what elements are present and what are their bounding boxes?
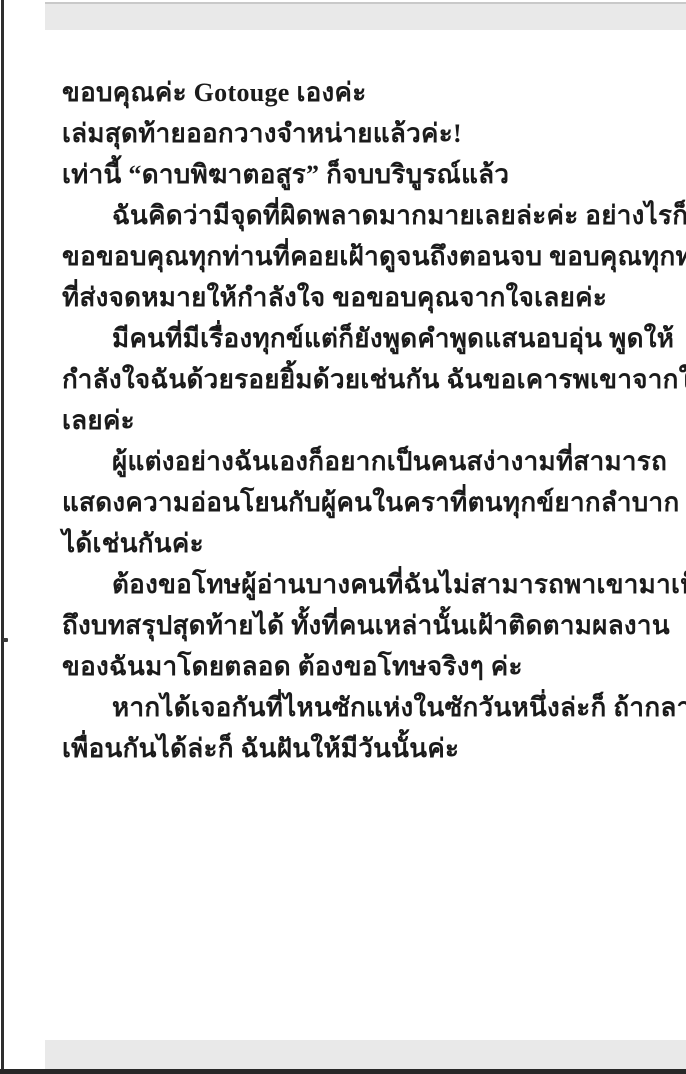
scanned-afterword-page: ขอบคุณค่ะ Gotouge เองค่ะ เล่มสุดท้ายออกว… [0, 0, 686, 1074]
paragraph-2-line-3: เลยค่ะ [62, 400, 628, 441]
paragraph-2-line-1: มีคนที่มีเรื่องทุกข์แต่ก็ยังพูดคำพูดแสนอ… [62, 318, 628, 359]
opening-line-3: เท่านี้ “ดาบพิฆาตอสูร” ก็จบบริบูรณ์แล้ว [62, 154, 628, 195]
paragraph-3-line-3: ได้เช่นกันค่ะ [62, 523, 628, 564]
paragraph-4-line-3: ของฉันมาโดยตลอด ต้องขอโทษจริงๆ ค่ะ [62, 646, 628, 687]
paragraph-1-line-3: ที่ส่งจดหมายให้กำลังใจ ขอขอบคุณจากใจเลยค… [62, 277, 628, 318]
bottom-page-edge-line [0, 1069, 686, 1074]
paragraph-4-line-2: ถึงบทสรุปสุดท้ายได้ ทั้งที่คนเหล่านั้นเฝ… [62, 605, 628, 646]
paragraph-3-line-1: ผู้แต่งอย่างฉันเองก็อยากเป็นคนสง่างามที่… [62, 441, 628, 482]
left-page-edge-tick [3, 638, 8, 642]
paragraph-5-line-1: หากได้เจอกันที่ไหนซักแห่งในซักวันหนึ่งล่… [62, 687, 628, 728]
paragraph-4-line-1: ต้องขอโทษผู้อ่านบางคนที่ฉันไม่สามารถพาเข… [62, 564, 628, 605]
afterword-text-block: ขอบคุณค่ะ Gotouge เองค่ะ เล่มสุดท้ายออกว… [62, 72, 628, 769]
paragraph-2-line-2: กำลังใจฉันด้วยรอยยิ้มด้วยเช่นกัน ฉันขอเค… [62, 359, 628, 400]
top-scan-band [45, 2, 686, 30]
opening-line-1: ขอบคุณค่ะ Gotouge เองค่ะ [62, 72, 628, 113]
left-page-edge-line [1, 0, 4, 1074]
paragraph-5-line-2: เพื่อนกันได้ล่ะก็ ฉันฝันให้มีวันนั้นค่ะ [62, 728, 628, 769]
opening-line-2: เล่มสุดท้ายออกวางจำหน่ายแล้วค่ะ! [62, 113, 628, 154]
paragraph-3-line-2: แสดงความอ่อนโยนกับผู้คนในคราที่ตนทุกข์ยา… [62, 482, 628, 523]
paragraph-1-line-2: ขอขอบคุณทุกท่านที่คอยเฝ้าดูจนถึงตอนจบ ขอ… [62, 236, 628, 277]
bottom-scan-band [45, 1040, 686, 1070]
paragraph-1-line-1: ฉันคิดว่ามีจุดที่ผิดพลาดมากมายเลยล่ะค่ะ … [62, 195, 628, 236]
